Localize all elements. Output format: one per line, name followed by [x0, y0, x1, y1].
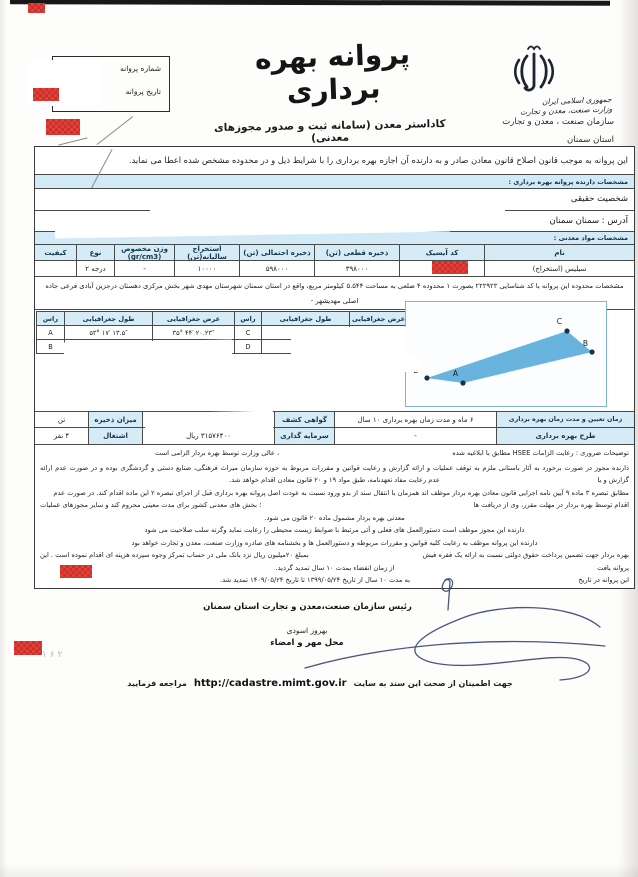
redaction-red-license-number — [33, 88, 59, 101]
legal-line-6: دارنده این مجوز موظف است دستورالعمل های … — [35, 524, 634, 536]
vertex-b: B — [37, 340, 64, 353]
vertex-a-latitude: ۳۵° ۴۴′ ۲۰.۲۳″ — [152, 326, 234, 339]
vertex-a: A — [37, 326, 64, 339]
document-subtitle: کاداستر معدن (سامانه ثبت و صدور مجوزهای … — [200, 118, 460, 147]
minerals-col-quality: کیفیت — [35, 245, 76, 260]
redaction-white-discovery-cert — [145, 411, 273, 433]
vertex-dot-c — [564, 328, 569, 333]
latitude-header-1: عرض جغرافیایی — [152, 312, 234, 325]
redaction-red-license-date — [46, 119, 80, 135]
legal-line-8: بهره بردار جهت تضمین پرداخت حقوق دولتی ن… — [35, 549, 634, 561]
vertex-dot-d — [424, 375, 429, 380]
duration-label: زمان تعیین و مدت زمان بهره برداری — [496, 412, 634, 427]
vertex-dot-a — [460, 380, 465, 385]
province-line: استان سمنان — [567, 135, 614, 145]
pen-stroke-2 — [96, 116, 133, 145]
redaction-white-person — [150, 193, 505, 212]
minerals-col-definite-reserve: ذخیره قطعی (تن) — [314, 245, 399, 260]
map-label-b: B — [583, 339, 588, 348]
vertex-c: C — [234, 326, 261, 339]
notes-right: توضیحات ضروری : رعایت الزامات HSEE مطابق… — [452, 447, 629, 459]
minerals-col-annual-extraction: استخراج سالیانه(تن) — [174, 245, 239, 260]
scan-shadow-bottom — [0, 863, 638, 877]
redaction-white-below-coords — [240, 356, 420, 372]
mineral-density: - — [114, 261, 174, 276]
vertex-header-2: راس — [234, 312, 261, 325]
map-label-c: C — [557, 317, 562, 326]
duration-value: ۶ ماه و مدت زمان بهره برداری ۱۰ سال — [334, 412, 496, 427]
footer-post-text: مراجعه فرمایید — [127, 679, 187, 688]
vertex-d: D — [234, 340, 261, 353]
longitude-header-2: طول جغرافیایی — [261, 312, 349, 325]
minerals-col-density: وزن مخصوص (gr/cm3) — [114, 245, 174, 260]
redaction-red-bottom-left — [14, 641, 42, 655]
discovery-cert-label: گواهی کشف — [274, 412, 334, 427]
redaction-red-renewal-line — [60, 565, 92, 578]
minerals-col-isic: کد آیسیک — [399, 245, 484, 260]
notes-left: ، عالی وزارت توسط بهره بردار الزامی است — [155, 447, 279, 459]
exploitation-plan-label: طرح بهره برداری — [496, 428, 634, 444]
details-row-1: زمان تعیین و مدت زمان بهره برداری ۶ ماه … — [35, 411, 634, 428]
legal-line-7: دارنده این پروانه موظف به رعایت کلیه قوا… — [35, 537, 634, 549]
redaction-red-isic-code — [432, 261, 468, 274]
investment-label: سرمایه گذاری — [274, 428, 334, 444]
license-number-label: شماره پروانه — [120, 64, 161, 73]
legal-line-4: اقدام توسط بهره بردار در مهلت مقرر، وی ا… — [35, 499, 634, 511]
legal-line-4a: اقدام توسط بهره بردار در مهلت مقرر، وی ا… — [473, 499, 629, 511]
coordinates-header-row: راس طول جغرافیایی عرض جغرافیایی راس طول … — [36, 311, 408, 326]
redaction-white-vertex-cd — [291, 327, 406, 357]
scan-edge-strip — [10, 0, 610, 6]
legal-line-8b: بمبلغ ۲۰میلیون ریال نزد بانک ملی در حساب… — [40, 549, 309, 561]
minerals-header-row: نام کد آیسیک ذخیره قطعی (تن) ذخیره احتما… — [35, 245, 634, 261]
reserve-amount-value: تن — [35, 412, 88, 427]
exploitation-plan-value: - — [334, 428, 496, 444]
mineral-annual-extraction: ۱۰۰۰۰ — [174, 261, 239, 276]
mineral-name: سیلیس (استخراج) — [484, 261, 634, 276]
legal-line-4b: ؛ بخش های معدنی کشور برای مدت معینی محرو… — [40, 499, 261, 511]
minerals-col-type: نوع — [76, 245, 114, 260]
legal-line-3: مطابق تبصره ۳ ماده ۹ آیین نامه اجرایی قا… — [35, 487, 634, 499]
reserve-amount-label: میزان ذخیره — [88, 412, 142, 427]
pen-stroke-1 — [58, 137, 87, 146]
legal-line-2: عدم رعایت مفاد تعهدنامه، طبق مواد ۱۹ و ۲… — [35, 474, 634, 486]
boundary-map: D A C B — [405, 301, 607, 407]
holder-section-header: مشخصات دارنده پروانه بهره برداری : — [35, 175, 634, 189]
details-row-2: طرح بهره برداری - سرمایه گذاری ۳۱۵۷۶۴۰۰ … — [35, 428, 634, 445]
mineral-grade: درجه ۲ — [76, 261, 114, 276]
legal-line-5: معدنی بهره بردار مشمول ماده ۲۰ قانون می … — [35, 512, 634, 524]
handwritten-signature — [280, 572, 610, 690]
employment-value: ۴ نفر — [35, 428, 88, 444]
scanned-license-document: پروانه بهره برداری کاداستر معدن (سامانه … — [0, 0, 638, 877]
pencil-marks: ۲ ۶ ۱ — [42, 650, 62, 660]
boundary-polygon — [427, 331, 592, 383]
minerals-col-name: نام — [484, 245, 634, 260]
legal-line-1: دارنده مجوز در صورت برخورد به آثار باستا… — [35, 462, 634, 474]
vertex-header-1: راس — [37, 312, 64, 325]
minerals-col-probable-reserve: ذخیره احتمالی (تن) — [239, 245, 314, 260]
mineral-probable-reserve: ۵۹۸۰۰۰ — [239, 261, 314, 276]
vertex-dot-b — [589, 349, 594, 354]
license-date-label: تاریخ پروانه — [126, 87, 161, 96]
organization-line: سازمان صنعت ، معدن و تجارت — [502, 117, 614, 127]
document-title: پروانه بهره برداری — [227, 36, 439, 109]
map-label-a: A — [453, 369, 459, 378]
longitude-header-1: طول جغرافیایی — [64, 312, 152, 325]
vertex-a-longitude: ۵۳° ۱۷′ ۱۳.۵″ — [64, 326, 152, 339]
mineral-definite-reserve: ۳۹۸۰۰۰ — [314, 261, 399, 276]
boundary-polygon-figure: D A C B — [406, 302, 606, 406]
scan-shadow-left — [0, 0, 7, 877]
minerals-data-row: سیلیس (استخراج) ۳۹۸۰۰۰ ۵۹۸۰۰۰ ۱۰۰۰۰ - در… — [35, 261, 634, 277]
redaction-white-vertex-b — [64, 340, 232, 365]
redaction-red-top-corner — [28, 3, 45, 13]
latitude-header-2: عرض جغرافیایی — [349, 312, 407, 325]
employment-label: اشتغال — [88, 428, 142, 444]
mineral-quality — [35, 261, 76, 276]
iran-emblem-icon — [497, 42, 571, 100]
intro-clause: این پروانه به موجب قانون اصلاح قانون معا… — [35, 147, 634, 175]
notes-line: توضیحات ضروری : رعایت الزامات HSEE مطابق… — [35, 447, 634, 459]
legal-line-8a: بهره بردار جهت تضمین پرداخت حقوق دولتی ن… — [423, 549, 629, 561]
gov-script-line-2: وزارت صنعت، معدن و تجارت — [520, 104, 612, 116]
